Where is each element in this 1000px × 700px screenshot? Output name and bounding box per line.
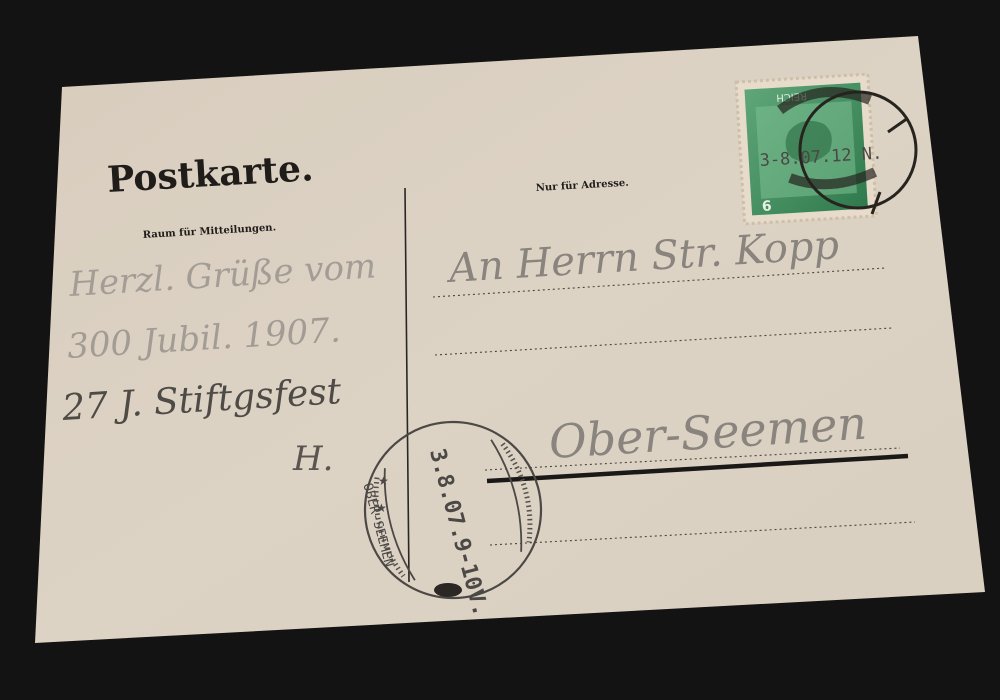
postmark-star-icon: ★: [376, 501, 387, 515]
postmark-star-icon: ★: [378, 474, 389, 488]
ink-blot: [434, 583, 462, 597]
stamp-value: 9: [761, 196, 772, 213]
svg-text:H.: H.: [292, 439, 333, 479]
postcard-photo: Postkarte. Raum für Mitteilungen. Nur fü…: [0, 0, 1000, 700]
